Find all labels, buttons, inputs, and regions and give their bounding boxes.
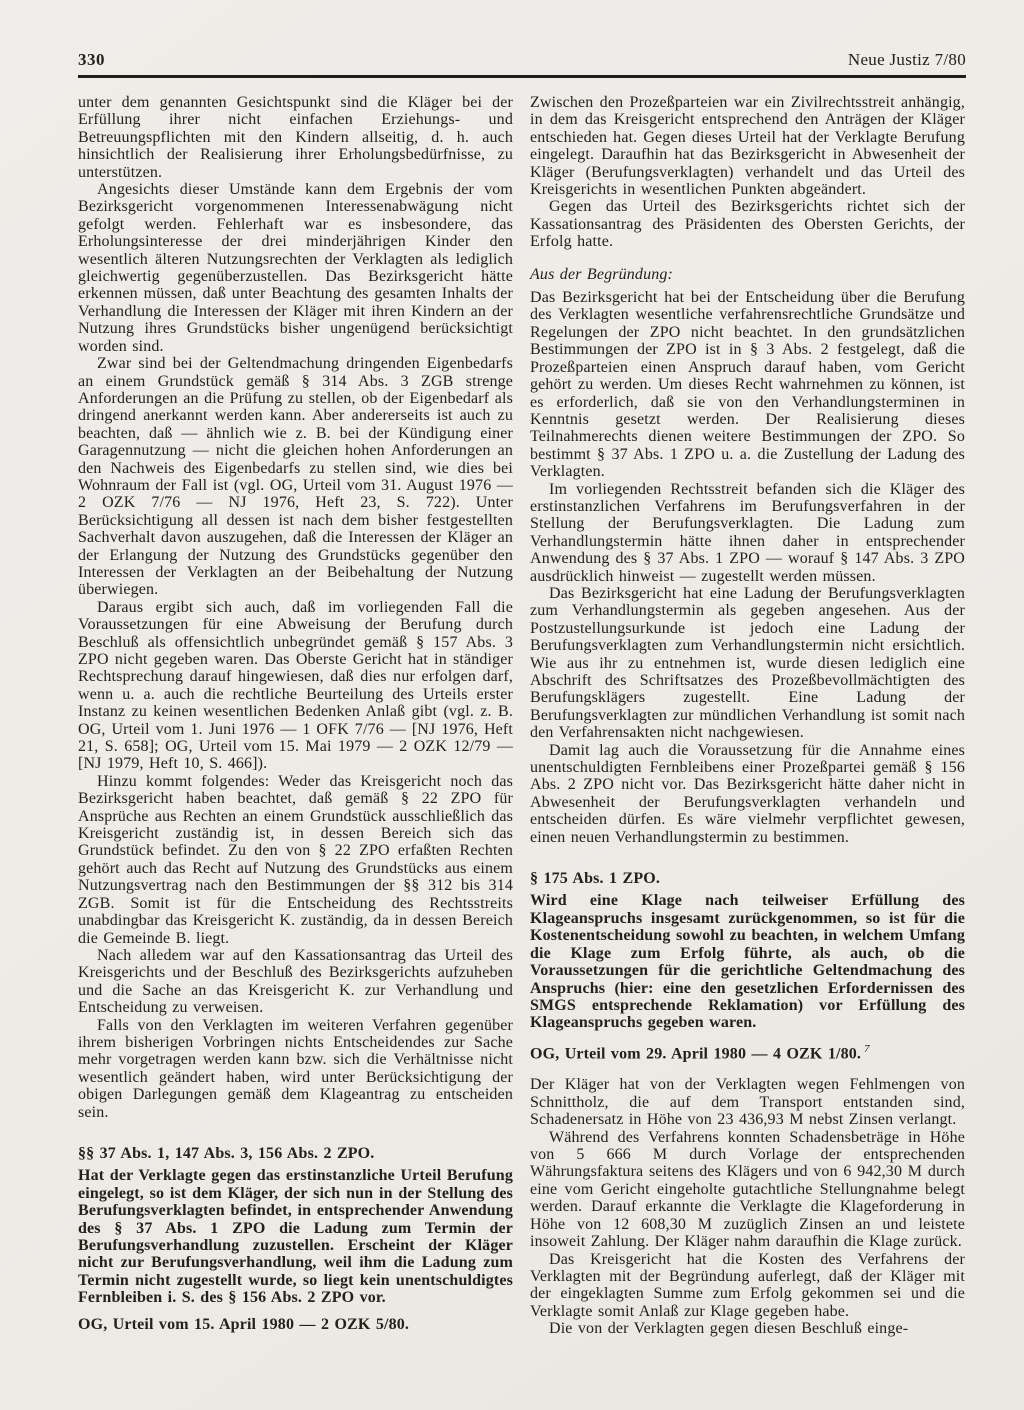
body-paragraph: Während des Verfahrens konnten Schadensb…: [530, 1129, 965, 1251]
body-paragraph: Der Kläger hat von der Verklagten wegen …: [530, 1076, 965, 1128]
body-paragraph: Zwar sind bei der Geltendmachung dringen…: [78, 355, 513, 599]
body-paragraph: Nach alledem war auf den Kassationsantra…: [78, 947, 513, 1017]
citation-text: OG, Urteil vom 29. April 1980 — 4 OZK 1/…: [530, 1045, 861, 1062]
body-paragraph: Damit lag auch die Voraussetzung für die…: [530, 742, 965, 846]
statute-heading: §§ 37 Abs. 1, 147 Abs. 3, 156 Abs. 2 ZPO…: [78, 1145, 513, 1162]
body-paragraph: Angesichts dieser Umstände kann dem Erge…: [78, 181, 513, 355]
body-paragraph: Zwischen den Prozeßparteien war ein Zivi…: [530, 94, 965, 198]
case-citation: OG, Urteil vom 29. April 1980 — 4 OZK 1/…: [530, 1041, 965, 1063]
body-paragraph: Hinzu kommt folgendes: Weder das Kreisge…: [78, 773, 513, 947]
page-header: 330 Neue Justiz 7/80: [78, 50, 966, 78]
begruendung-heading: Aus der Begründung:: [530, 266, 965, 283]
two-column-body: unter dem genannten Gesichtspunkt sind d…: [78, 94, 966, 1338]
footnote-reference: 7: [864, 1043, 870, 1055]
body-paragraph: Die von der Verklagten gegen diesen Besc…: [530, 1320, 965, 1337]
page-number: 330: [78, 50, 105, 70]
body-paragraph: unter dem genannten Gesichtspunkt sind d…: [78, 94, 513, 181]
left-column: unter dem genannten Gesichtspunkt sind d…: [78, 94, 513, 1338]
headnote: Wird eine Klage nach teilweiser Erfüllun…: [530, 892, 965, 1031]
case-citation: OG, Urteil vom 15. April 1980 — 2 OZK 5/…: [78, 1316, 513, 1333]
headnote: Hat der Verklagte gegen das erstinstanzl…: [78, 1167, 513, 1306]
body-paragraph: Gegen das Urteil des Bezirksgerichts ric…: [530, 198, 965, 250]
statute-heading: § 175 Abs. 1 ZPO.: [530, 870, 965, 887]
body-paragraph: Das Bezirksgericht hat bei der Entscheid…: [530, 289, 965, 480]
body-paragraph: Das Kreisgericht hat die Kosten des Verf…: [530, 1251, 965, 1321]
right-column: Zwischen den Prozeßparteien war ein Zivi…: [530, 94, 965, 1338]
body-paragraph: Im vorliegenden Rechtsstreit befanden si…: [530, 481, 965, 585]
body-paragraph: Daraus ergibt sich auch, daß im vorliege…: [78, 599, 513, 773]
body-paragraph: Falls von den Verklagten im weiteren Ver…: [78, 1017, 513, 1121]
journal-page: 330 Neue Justiz 7/80 unter dem genannten…: [0, 0, 1024, 1410]
journal-title: Neue Justiz 7/80: [848, 50, 966, 70]
body-paragraph: Das Bezirksgericht hat eine Ladung der B…: [530, 585, 965, 742]
